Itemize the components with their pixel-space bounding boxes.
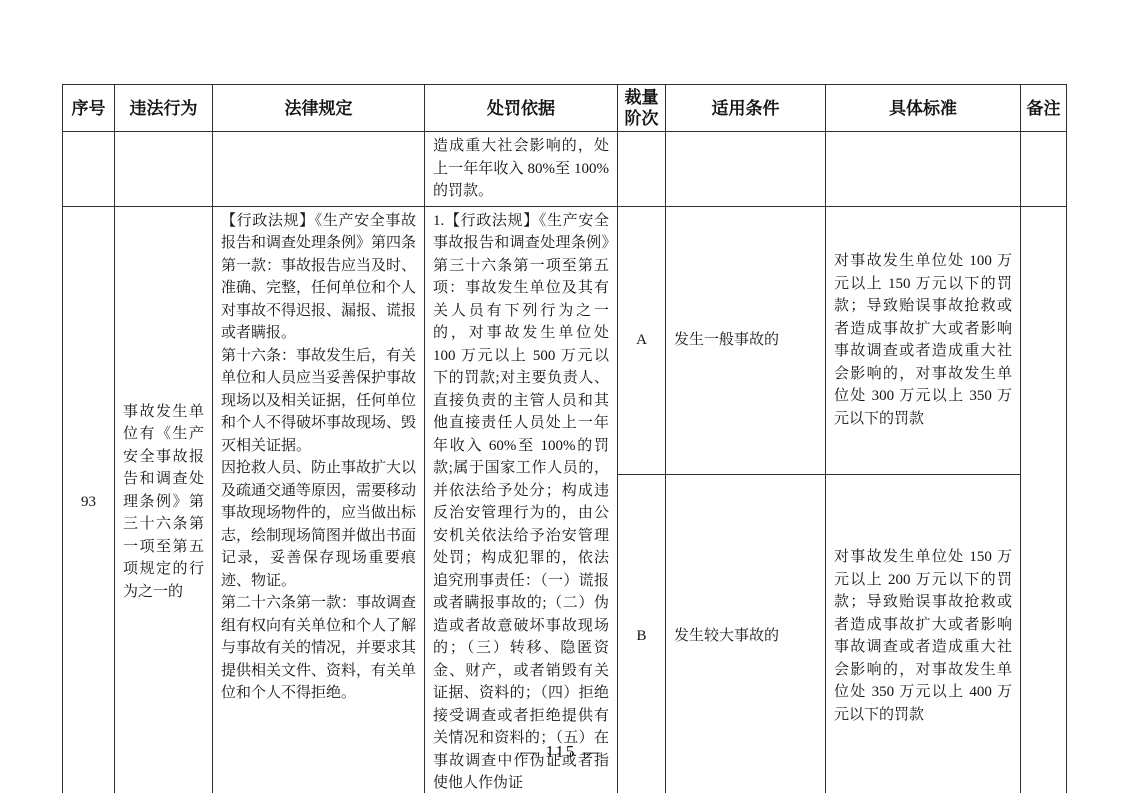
header-col-penalty-basis: 处罚依据 xyxy=(425,85,618,132)
legal-paragraph-1: 【行政法规】《生产安全事故报告和调查处理条例》第四条第一款：事故报告应当及时、准… xyxy=(221,210,416,345)
serial-number-cell: 93 xyxy=(63,206,115,793)
carryover-row: 造成重大社会影响的，处上一年年收入 80%至 100%的罚款。 xyxy=(63,132,1067,207)
standard-a-cell: 对事故发生单位处 100 万元以上 150 万元以下的罚款；导致贻误事故抢救或者… xyxy=(826,206,1021,475)
penalty-basis-cell: 1.【行政法规】《生产安全事故报告和调查处理条例》第三十六条第一项至第五项：事故… xyxy=(425,206,618,793)
legal-paragraph-4: 第二十六条第一款：事故调查组有权向有关单位和个人了解与事故有关的情况，并要求其提… xyxy=(221,592,416,705)
header-col-violation: 违法行为 xyxy=(115,85,213,132)
header-col-remarks: 备注 xyxy=(1021,85,1067,132)
document-page: 序号 违法行为 法律规定 处罚依据 裁量阶次 适用条件 具体标准 备注 造成重大… xyxy=(0,0,1122,793)
row-93-tier-a: 93 事故发生单位有《生产安全事故报告和调查处理条例》第三十六条第一项至第五项规… xyxy=(63,206,1067,475)
header-col-discretion-tier: 裁量阶次 xyxy=(618,85,666,132)
page-number: — 115 — xyxy=(0,742,1122,762)
carryover-penalty-basis-cell: 造成重大社会影响的，处上一年年收入 80%至 100%的罚款。 xyxy=(425,132,618,207)
violation-cell: 事故发生单位有《生产安全事故报告和调查处理条例》第三十六条第一项至第五项规定的行… xyxy=(115,206,213,793)
penalty-discretion-table: 序号 违法行为 法律规定 处罚依据 裁量阶次 适用条件 具体标准 备注 造成重大… xyxy=(62,84,1067,793)
carryover-violation-cell-empty xyxy=(115,132,213,207)
header-col-legal-provisions: 法律规定 xyxy=(213,85,425,132)
carryover-legal-cell-empty xyxy=(213,132,425,207)
remark-cell xyxy=(1021,206,1067,793)
legal-paragraph-3: 因抢救人员、防止事故扩大以及疏通交通等原因，需要移动事故现场物件的，应当做出标志… xyxy=(221,457,416,592)
condition-a-cell: 发生一般事故的 xyxy=(666,206,826,475)
header-row: 序号 违法行为 法律规定 处罚依据 裁量阶次 适用条件 具体标准 备注 xyxy=(63,85,1067,132)
carryover-condition-cell-empty xyxy=(666,132,826,207)
header-col-applicable-condition: 适用条件 xyxy=(666,85,826,132)
carryover-remark-cell-empty xyxy=(1021,132,1067,207)
carryover-tier-cell-empty xyxy=(618,132,666,207)
header-col-specific-standard: 具体标准 xyxy=(826,85,1021,132)
legal-paragraph-2: 第十六条：事故发生后，有关单位和人员应当妥善保护事故现场以及相关证据，任何单位和… xyxy=(221,345,416,458)
carryover-serial-cell-empty xyxy=(63,132,115,207)
tier-a-cell: A xyxy=(618,206,666,475)
legal-provisions-cell: 【行政法规】《生产安全事故报告和调查处理条例》第四条第一款：事故报告应当及时、准… xyxy=(213,206,425,793)
carryover-standard-cell-empty xyxy=(826,132,1021,207)
header-col-serial-number: 序号 xyxy=(63,85,115,132)
